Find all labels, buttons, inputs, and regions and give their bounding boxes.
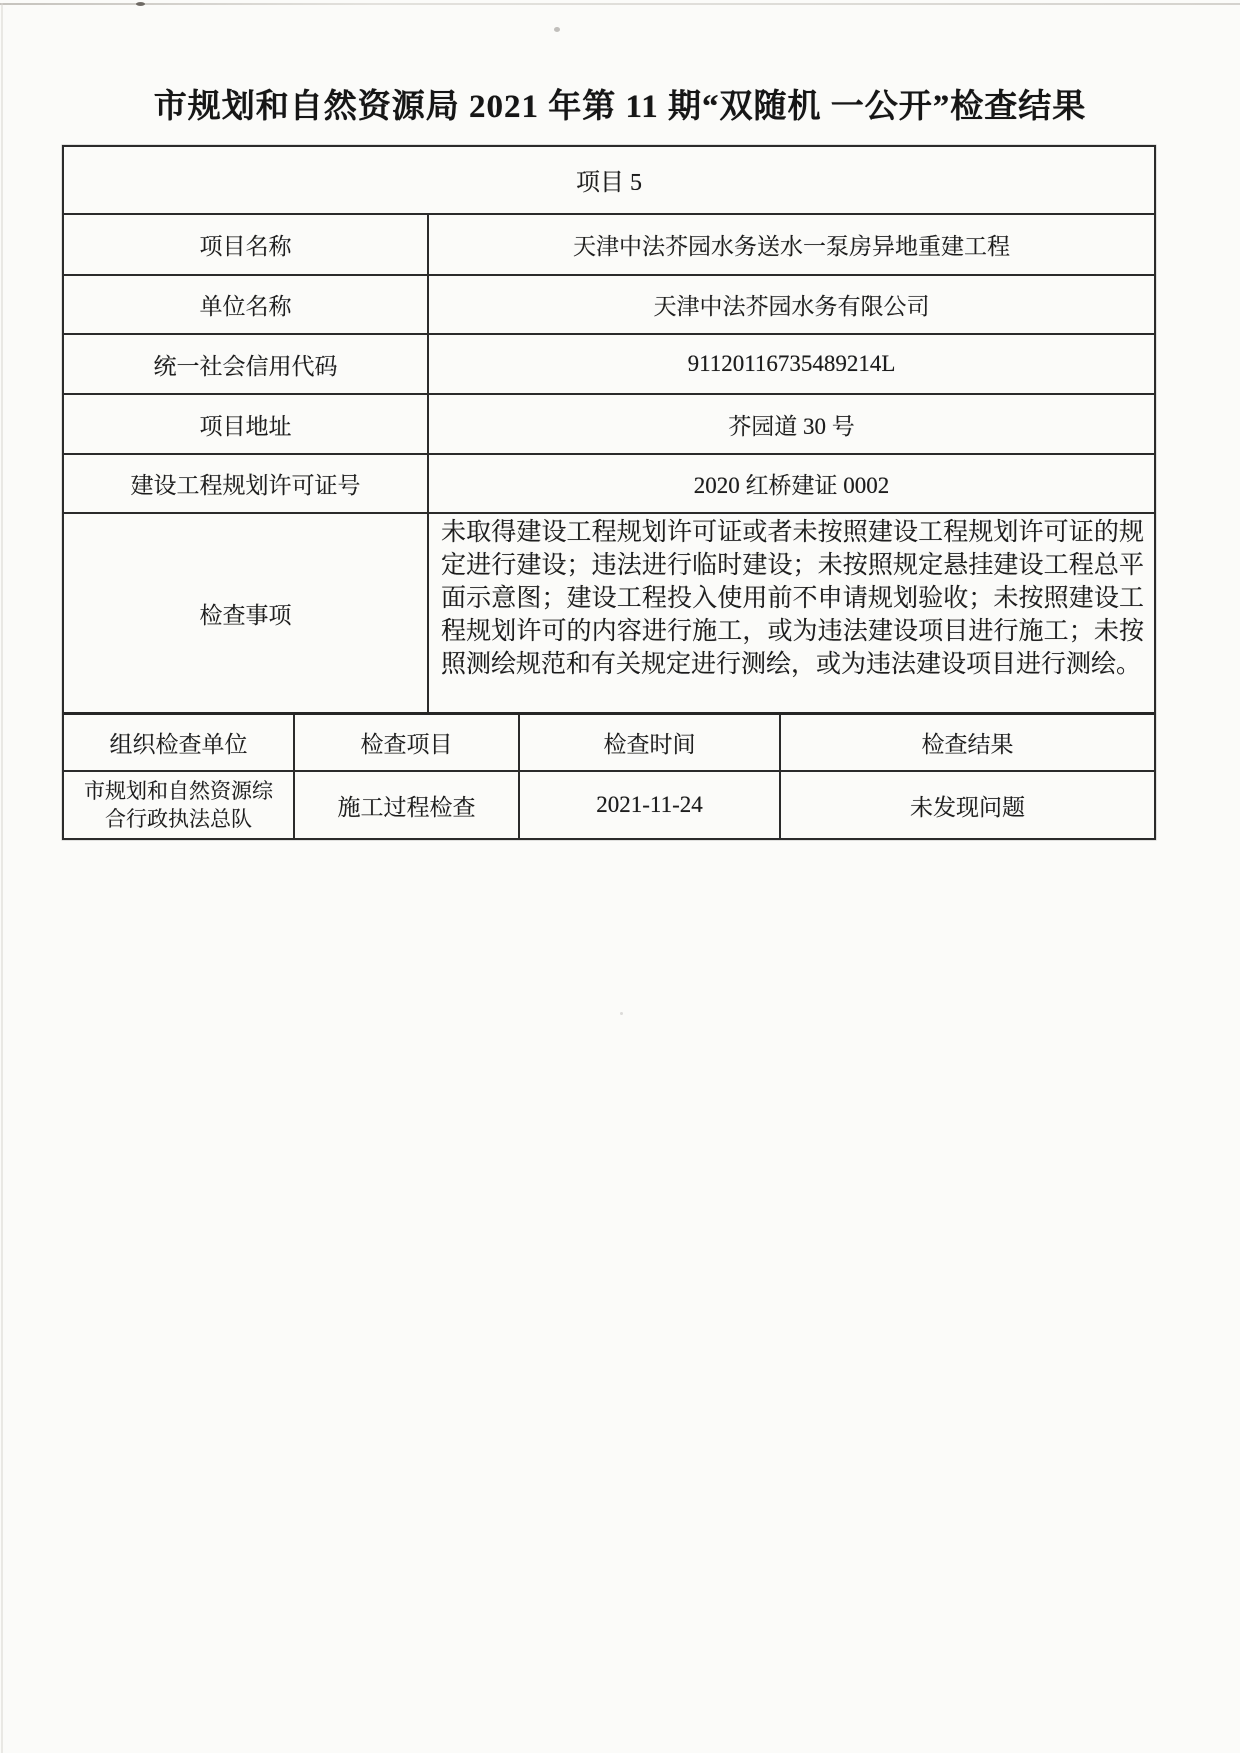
field-label: 项目名称 bbox=[64, 215, 429, 274]
document-title: 市规划和自然资源局 2021 年第 11 期“双随机 一公开”检查结果 bbox=[0, 80, 1240, 127]
scan-edge-artifact bbox=[0, 3, 1240, 5]
field-label: 单位名称 bbox=[64, 276, 429, 333]
inspection-header-org: 组织检查单位 bbox=[64, 715, 295, 770]
project-header-row: 项目 5 bbox=[64, 147, 1154, 213]
field-row-inspection-items: 检查事项 未取得建设工程规划许可证或者未按照建设工程规划许可证的规定进行建设；违… bbox=[64, 512, 1154, 712]
inspection-result-table: 项目 5 项目名称 天津中法芥园水务送水一泵房异地重建工程 单位名称 天津中法芥… bbox=[62, 145, 1156, 840]
inspection-header-item: 检查项目 bbox=[295, 715, 520, 770]
field-value: 天津中法芥园水务有限公司 bbox=[429, 276, 1154, 333]
field-value: 芥园道 30 号 bbox=[429, 395, 1154, 453]
field-label: 统一社会信用代码 bbox=[64, 335, 429, 393]
inspection-header-result: 检查结果 bbox=[781, 715, 1154, 770]
field-value: 2020 红桥建证 0002 bbox=[429, 455, 1154, 512]
field-label: 检查事项 bbox=[64, 514, 429, 712]
project-header: 项目 5 bbox=[64, 147, 1154, 211]
field-row-permit-number: 建设工程规划许可证号 2020 红桥建证 0002 bbox=[64, 453, 1154, 512]
field-row-project-address: 项目地址 芥园道 30 号 bbox=[64, 393, 1154, 453]
inspection-item-value: 施工过程检查 bbox=[295, 772, 520, 838]
field-value: 天津中法芥园水务送水一泵房异地重建工程 bbox=[429, 215, 1154, 274]
inspection-time-value: 2021-11-24 bbox=[520, 772, 781, 838]
field-row-credit-code: 统一社会信用代码 91120116735489214L bbox=[64, 333, 1154, 393]
inspection-header-row: 组织检查单位 检查项目 检查时间 检查结果 bbox=[64, 712, 1154, 770]
inspection-data-row: 市规划和自然资源综合行政执法总队 施工过程检查 2021-11-24 未发现问题 bbox=[64, 770, 1154, 838]
field-row-project-name: 项目名称 天津中法芥园水务送水一泵房异地重建工程 bbox=[64, 213, 1154, 274]
inspection-org-value: 市规划和自然资源综合行政执法总队 bbox=[64, 772, 295, 838]
inspection-result-value: 未发现问题 bbox=[781, 772, 1154, 838]
ink-speck bbox=[620, 1012, 623, 1015]
field-row-unit-name: 单位名称 天津中法芥园水务有限公司 bbox=[64, 274, 1154, 333]
field-label: 建设工程规划许可证号 bbox=[64, 455, 429, 512]
inspection-header-time: 检查时间 bbox=[520, 715, 781, 770]
scanned-document-page: { "page": { "title": "市规划和自然资源局 2021 年第 … bbox=[0, 0, 1240, 1753]
ink-speck bbox=[136, 2, 145, 6]
inspection-items-text: 未取得建设工程规划许可证或者未按照建设工程规划许可证的规定进行建设；违法进行临时… bbox=[429, 514, 1154, 712]
ink-speck bbox=[554, 27, 560, 32]
field-label: 项目地址 bbox=[64, 395, 429, 453]
field-value: 91120116735489214L bbox=[429, 335, 1154, 393]
scan-edge-artifact bbox=[1, 3, 3, 1753]
